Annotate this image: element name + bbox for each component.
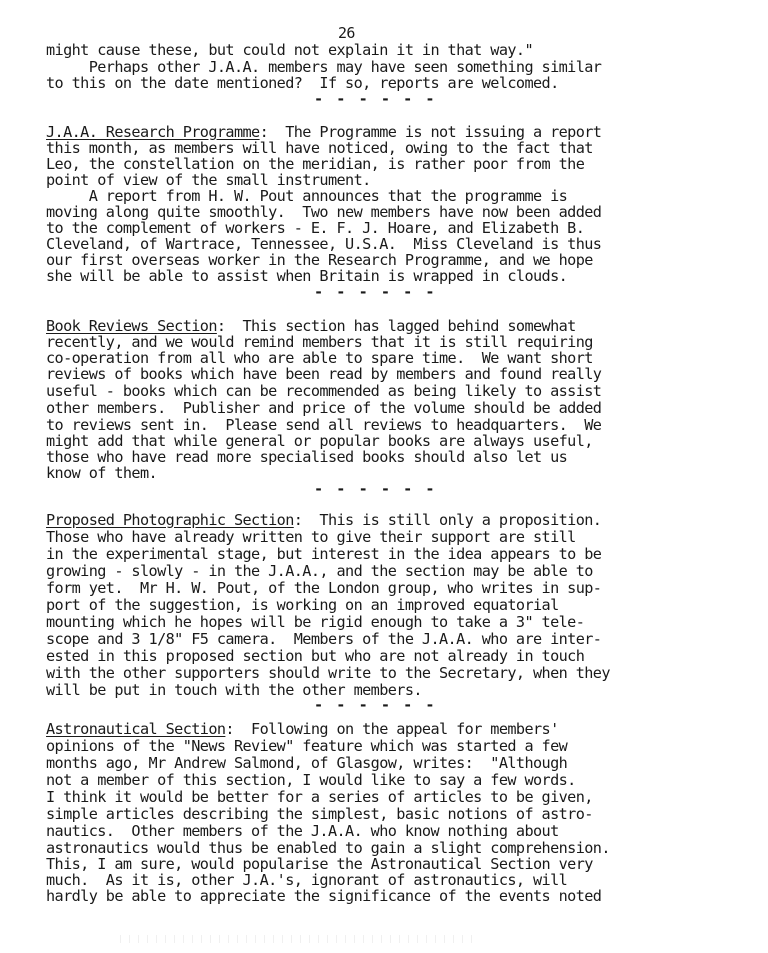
section-photographic-first-line: Proposed Photographic Section: This is s… — [46, 512, 601, 529]
section-line: growing - slowly - in the J.A.A., and th… — [46, 563, 593, 580]
section-line: scope and 3 1/8" F5 camera. Members of t… — [46, 631, 601, 648]
section-line: form yet. Mr H. W. Pout, of the London g… — [46, 580, 601, 597]
section-heading: Proposed Photographic Section — [46, 511, 294, 529]
scan-noise — [120, 935, 480, 943]
intro-line: to this on the date mentioned? If so, re… — [46, 75, 559, 92]
section-line: mounting which he hopes will be rigid en… — [46, 614, 584, 631]
section-text: : This is still only a proposition. — [294, 511, 602, 529]
separator: - - - - - - — [314, 480, 437, 498]
section-line: useful - books which can be recommended … — [46, 383, 601, 400]
section-line: reviews of books which have been read by… — [46, 366, 601, 383]
page-number: 26 — [338, 24, 355, 42]
document-page: 26 might cause these, but could not expl… — [0, 0, 768, 953]
section-line: other members. Publisher and price of th… — [46, 400, 601, 417]
section-line: hardly be able to appreciate the signifi… — [46, 888, 601, 905]
section-line: port of the suggestion, is working on an… — [46, 597, 559, 614]
section-line: not a member of this section, I would li… — [46, 772, 576, 789]
section-line: months ago, Mr Andrew Salmond, of Glasgo… — [46, 755, 567, 772]
intro-line: might cause these, but could not explain… — [46, 42, 533, 59]
separator: - - - - - - — [314, 696, 437, 714]
separator: - - - - - - — [314, 90, 437, 108]
section-line: she will be able to assist when Britain … — [46, 268, 567, 285]
section-line: in the experimental stage, but interest … — [46, 546, 601, 563]
section-line: ested in this proposed section but who a… — [46, 648, 584, 665]
section-heading: Astronautical Section — [46, 720, 225, 738]
section-line: simple articles describing the simplest,… — [46, 806, 593, 823]
section-line: I think it would be better for a series … — [46, 789, 593, 806]
section-line: nautics. Other members of the J.A.A. who… — [46, 823, 559, 840]
section-line: Those who have already written to give t… — [46, 529, 576, 546]
section-line: know of them. — [46, 465, 157, 482]
section-text: : Following on the appeal for members' — [225, 720, 558, 738]
section-line: opinions of the "News Review" feature wh… — [46, 738, 567, 755]
separator: - - - - - - — [314, 283, 437, 301]
section-line: with the other supporters should write t… — [46, 665, 610, 682]
section-astronautical-first-line: Astronautical Section: Following on the … — [46, 721, 559, 738]
